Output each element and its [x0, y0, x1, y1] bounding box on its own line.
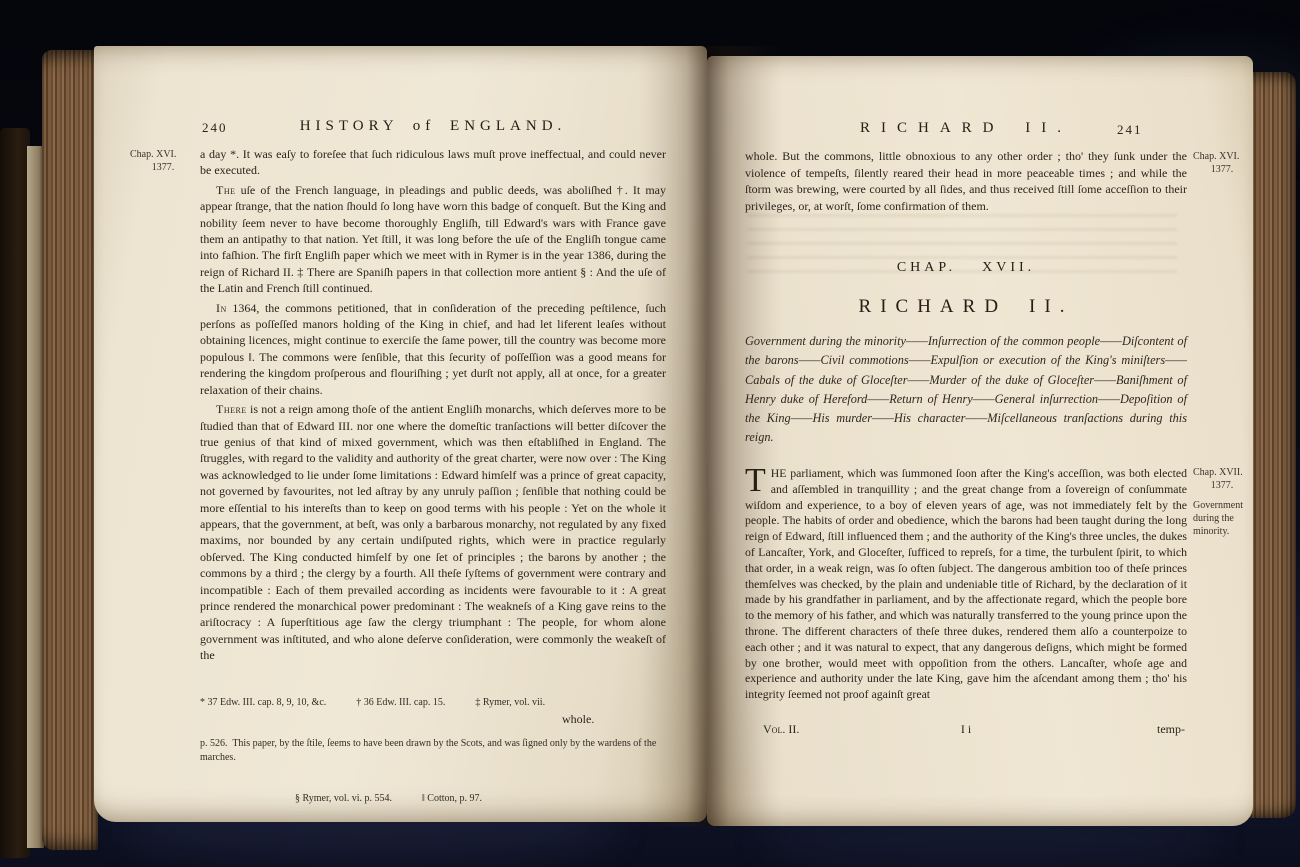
right-page-fore-edge — [1250, 72, 1296, 818]
year-label: 1377. — [130, 161, 196, 174]
left-page-header: 240 HISTORY of ENGLAND. — [200, 118, 666, 135]
chapter-heading: CHAP.XVII. — [745, 260, 1187, 276]
body-lead: HE — [771, 466, 787, 480]
chapter-title: RICHARDII. — [745, 296, 1187, 318]
paragraph: The uſe of the French language, in plead… — [200, 182, 666, 297]
left-catchword: whole. — [562, 712, 594, 727]
paragraph-text: a day *. It was eaſy to foreſee that ſuc… — [200, 147, 666, 177]
left-running-title: HISTORY of ENGLAND. — [200, 118, 666, 135]
footnote-line: * 37 Edw. III. cap. 8, 9, 10, &c. † 36 E… — [200, 696, 666, 710]
margin-side-note: Government during the minority. — [1193, 499, 1251, 538]
chapter-heading-label: CHAP. — [897, 260, 956, 275]
right-margin-note-top: Chap. XVI. 1377. — [1193, 150, 1251, 176]
chapter-label: Chap. XVII. — [1193, 466, 1251, 479]
book-photograph: 240 HISTORY of ENGLAND. Chap. XVI. 1377.… — [0, 0, 1300, 867]
chapter-label: Chap. XVI. — [130, 148, 196, 161]
right-margin-note-chapter: Chap. XVII. 1377. Government during the … — [1193, 466, 1251, 538]
paragraph-lead: In — [216, 301, 227, 315]
left-page-number: 240 — [202, 120, 228, 136]
paragraph-text: is not a reign among thoſe of the antien… — [200, 402, 666, 662]
left-margin-note: Chap. XVI. 1377. — [130, 148, 196, 174]
right-page-number: 241 — [1117, 122, 1143, 138]
body-text: parliament, which was ſummoned ſoon afte… — [745, 466, 1187, 701]
chapter-title-number: II. — [1029, 296, 1073, 317]
right-body-text: THE parliament, which was ſummoned ſoon … — [745, 466, 1187, 703]
year-label: 1377. — [1193, 163, 1251, 176]
year-label: 1377. — [1193, 479, 1251, 492]
paragraph: In 1364, the commons petitioned, that in… — [200, 300, 666, 398]
footnotes: * 37 Edw. III. cap. 8, 9, 10, &c. † 36 E… — [200, 668, 666, 834]
left-page-fore-edge — [42, 50, 98, 850]
chapter-heading-number: XVII. — [982, 260, 1035, 275]
continuation-paragraph: whole. But the commons, little obnoxious… — [745, 148, 1187, 214]
chapter-argument: Government during the minority——Inſurrec… — [745, 332, 1187, 448]
footnote-line: § Rymer, vol. vi. p. 554. ‖ Cotton, p. 9… — [200, 792, 666, 806]
paragraph: There is not a reign among thoſe of the … — [200, 401, 666, 664]
chapter-label: Chap. XVI. — [1193, 150, 1251, 163]
paragraph-lead: There — [216, 402, 247, 416]
left-page: 240 HISTORY of ENGLAND. Chap. XVI. 1377.… — [94, 46, 707, 822]
right-page: RICHARD II. 241 Chap. XVI. 1377. whole. … — [707, 56, 1253, 826]
left-body-text: a day *. It was eaſy to foreſee that ſuc… — [200, 146, 666, 667]
page-footer: Vol. II. I i temp- — [745, 722, 1187, 740]
paragraph: a day *. It was eaſy to foreſee that ſuc… — [200, 146, 666, 179]
volume-label: Vol. II. — [763, 722, 799, 737]
footnote-line: p. 526. This paper, by the ſtile, ſeems … — [200, 737, 666, 765]
signature-mark: I i — [961, 722, 971, 737]
paragraph-text: 1364, the commons petitioned, that in co… — [200, 301, 666, 397]
book-cover-edge — [0, 128, 30, 858]
right-page-header: RICHARD II. 241 — [745, 120, 1187, 137]
right-catchword: temp- — [1157, 722, 1185, 737]
paragraph-lead: The — [216, 183, 236, 197]
drop-cap: T — [745, 466, 771, 494]
paragraph-text: uſe of the French language, in pleadings… — [200, 183, 666, 295]
chapter-title-name: RICHARD — [859, 296, 1008, 317]
